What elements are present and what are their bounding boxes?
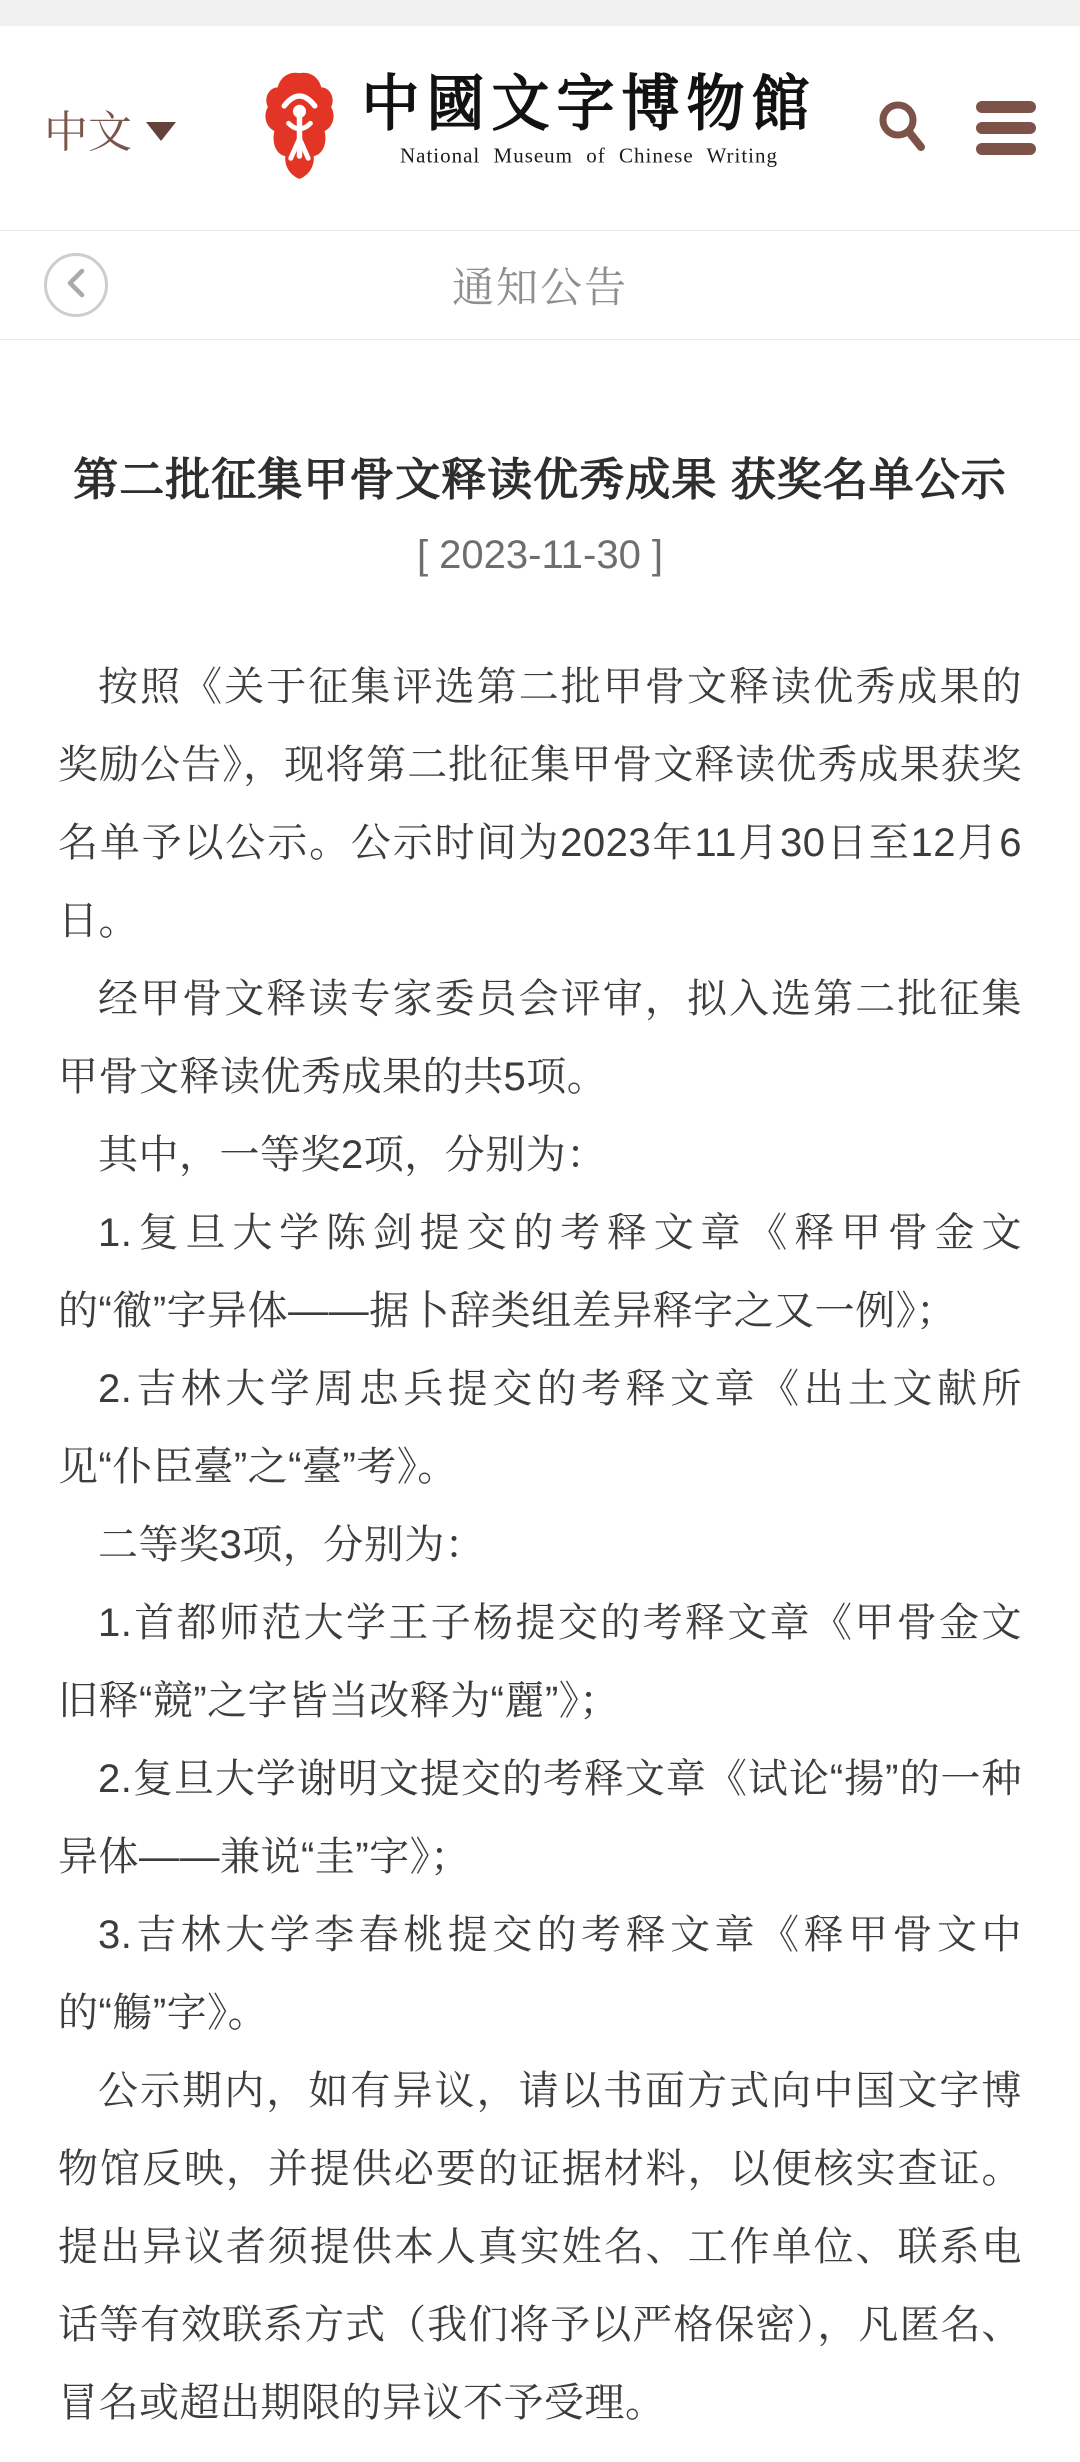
museum-logo[interactable]: 中國文字博物館 National Museum of Chinese Writi…	[263, 70, 816, 187]
back-button[interactable]	[44, 253, 108, 317]
caret-down-icon	[146, 122, 176, 141]
site-header: 中文 中國文字博物館 National Museum of Chinese Wr…	[0, 26, 1080, 230]
status-bar-strip	[0, 0, 1080, 26]
search-button[interactable]	[876, 100, 928, 156]
article: 第二批征集甲骨文释读优秀成果 获奖名单公示 [ 2023-11-30 ] 按照《…	[0, 452, 1080, 2462]
chevron-left-icon	[59, 263, 93, 308]
language-label: 中文	[44, 96, 132, 160]
article-paragraph: 二等奖3项，分别为：	[58, 1506, 1022, 1584]
article-paragraph: 1.首都师范大学王子杨提交的考释文章《甲骨金文旧释“競”之字皆当改释为“麗”》；	[58, 1584, 1022, 1740]
seal-icon	[263, 70, 335, 187]
search-icon	[876, 98, 928, 159]
article-body: 按照《关于征集评选第二批甲骨文释读优秀成果的奖励公告》，现将第二批征集甲骨文释读…	[58, 648, 1022, 2442]
article-paragraph: 其中，一等奖2项，分别为：	[58, 1116, 1022, 1194]
article-paragraph: 按照《关于征集评选第二批甲骨文释读优秀成果的奖励公告》，现将第二批征集甲骨文释读…	[58, 648, 1022, 960]
article-paragraph: 1.复旦大学陈剑提交的考释文章《释甲骨金文的“徹”字异体——据卜辞类组差异释字之…	[58, 1194, 1022, 1350]
page-title: 通知公告	[452, 255, 628, 315]
article-paragraph: 3.吉林大学李春桃提交的考释文章《释甲骨文中的“觴”字》。	[58, 1896, 1022, 2052]
article-title: 第二批征集甲骨文释读优秀成果 获奖名单公示	[58, 452, 1022, 508]
logo-title-cn: 中國文字博物館	[361, 68, 816, 142]
menu-button[interactable]	[976, 97, 1036, 159]
article-paragraph: 公示期内，如有异议，请以书面方式向中国文字博物馆反映，并提供必要的证据材料，以便…	[58, 2052, 1022, 2442]
hamburger-icon	[976, 101, 1036, 113]
hamburger-icon	[976, 143, 1036, 155]
article-paragraph: 2.复旦大学谢明文提交的考释文章《试论“揚”的一种异体——兼说“圭”字》；	[58, 1740, 1022, 1896]
language-selector[interactable]: 中文	[44, 96, 176, 160]
header-actions	[876, 97, 1036, 159]
logo-subtitle-en: National Museum of Chinese Writing	[400, 144, 778, 169]
article-paragraph: 2.吉林大学周忠兵提交的考释文章《出土文献所见“仆臣臺”之“臺”考》。	[58, 1350, 1022, 1506]
article-date: [ 2023-11-30 ]	[58, 530, 1022, 580]
hamburger-icon	[976, 122, 1036, 134]
page-toolbar: 通知公告	[0, 230, 1080, 340]
article-paragraph: 经甲骨文释读专家委员会评审，拟入选第二批征集甲骨文释读优秀成果的共5项。	[58, 960, 1022, 1116]
logo-text: 中國文字博物館 National Museum of Chinese Writi…	[361, 70, 816, 169]
